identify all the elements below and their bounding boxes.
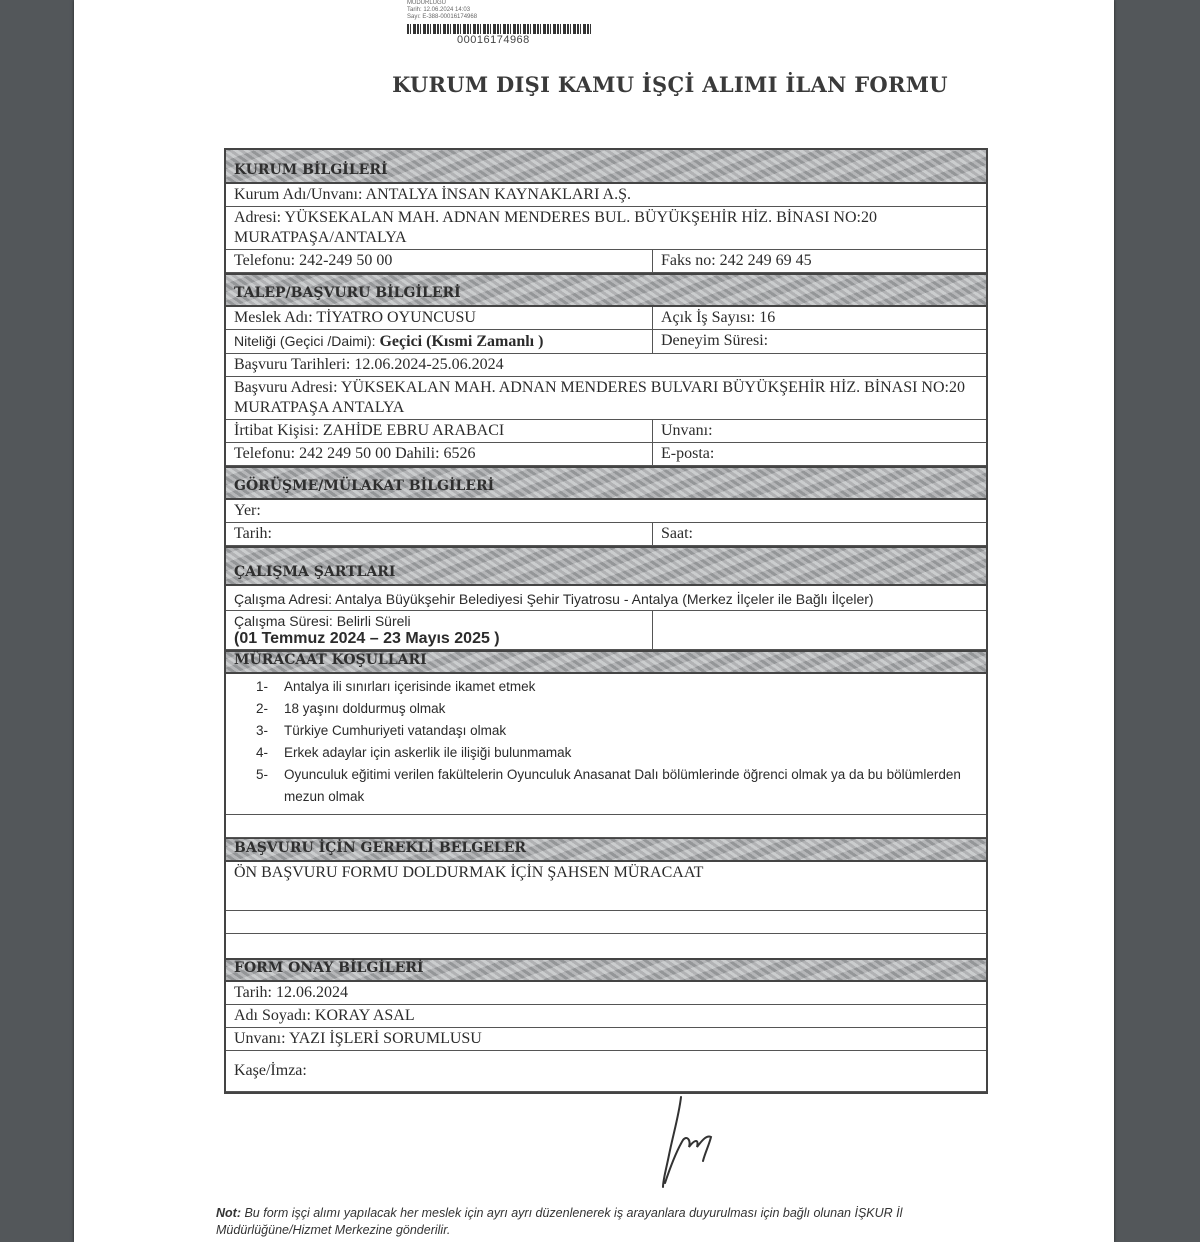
onay-unvani: Unvanı: YAZI İŞLERİ SORUMLUSU [226, 1028, 986, 1050]
calisma-suresi-label: Çalışma Süresi: Belirli Süreli [234, 612, 644, 630]
section-header-belgeler: BAŞVURU İÇİN GEREKLİ BELGELER [226, 838, 986, 862]
form-row: ÖN BAŞVURU FORMU DOLDURMAK İÇİN ŞAHSEN M… [226, 862, 986, 911]
onay-tarih: Tarih: 12.06.2024 [226, 982, 986, 1004]
acik-is-sayisi: Açık İş Sayısı: 16 [653, 307, 986, 329]
stamp-line: Tarih: 12.06.2024 14:03 [407, 7, 607, 14]
section-header-onay: FORM ONAY BİLGİLERİ [226, 958, 986, 982]
section-header-calisma: ÇALIŞMA ŞARTLARI [226, 546, 986, 586]
document-page: MÜDÜRLÜĞÜ Tarih: 12.06.2024 14:03 Sayı: … [74, 0, 1114, 1242]
section-header-gorusme: GÖRÜŞME/MÜLAKAT BİLGİLERİ [226, 466, 986, 500]
footnote-text: Bu form işçi alımı yapılacak her meslek … [216, 1206, 902, 1237]
kurum-telefon: Telefonu: 242-249 50 00 [226, 250, 653, 272]
condition-text: Oyunculuk eğitimi verilen fakültelerin O… [284, 764, 964, 808]
gorusme-saat: Saat: [653, 523, 986, 545]
meslek-label: Meslek Adı: [234, 309, 316, 326]
condition-item: 2-18 yaşını doldurmuş olmak [256, 698, 964, 720]
gerekli-belgeler: ÖN BAŞVURU FORMU DOLDURMAK İÇİN ŞAHSEN M… [226, 862, 986, 910]
form-row: Telefonu: 242 249 50 00 Dahili: 6526 E-p… [226, 443, 986, 466]
basvuru-tarihleri: Başvuru Tarihleri: 12.06.2024-25.06.2024 [226, 354, 986, 376]
condition-text: Erkek adaylar için askerlik ile ilişiği … [284, 742, 571, 764]
registry-stamp: MÜDÜRLÜĞÜ Tarih: 12.06.2024 14:03 Sayı: … [407, 0, 607, 47]
calisma-suresi-value: (01 Temmuz 2024 – 23 Mayıs 2025 ) [234, 630, 644, 648]
form-row: İrtibat Kişisi: ZAHİDE EBRU ARABACI Unva… [226, 420, 986, 443]
form-row: Adı Soyadı: KORAY ASAL [226, 1005, 986, 1028]
stamp-line: Sayı: E-388-00016174968 [407, 14, 607, 21]
meslek-adi: Meslek Adı: TİYATRO OYUNCUSU [226, 307, 653, 329]
footnote: Not: Bu form işçi alımı yapılacak her me… [216, 1205, 986, 1239]
onay-adi-soyadi: Adı Soyadı: KORAY ASAL [226, 1005, 986, 1027]
irtibat-unvani: Unvanı: [653, 420, 986, 442]
irtibat-kisisi: İrtibat Kişisi: ZAHİDE EBRU ARABACI [226, 420, 653, 442]
condition-item: 4-Erkek adaylar için askerlik ile ilişiğ… [256, 742, 964, 764]
form-row: Adresi: YÜKSEKALAN MAH. ADNAN MENDERES B… [226, 207, 986, 250]
form-row: Başvuru Tarihleri: 12.06.2024-25.06.2024 [226, 354, 986, 377]
gorusme-yer: Yer: [226, 500, 986, 522]
barcode [407, 24, 592, 34]
basvuru-adresi: Başvuru Adresi: YÜKSEKALAN MAH. ADNAN ME… [226, 377, 986, 419]
condition-number: 2- [256, 698, 284, 720]
calisma-adresi: Çalışma Adresi: Antalya Büyükşehir Beled… [226, 586, 986, 610]
kase-imza: Kaşe/İmza: [226, 1060, 986, 1082]
kurum-adresi: Adresi: YÜKSEKALAN MAH. ADNAN MENDERES B… [226, 207, 986, 249]
form-row: Çalışma Süresi: Belirli Süreli (01 Temmu… [226, 611, 986, 650]
gorusme-tarih: Tarih: [226, 523, 653, 545]
signature-icon [661, 1095, 731, 1190]
section-header-muracaat: MÜRACAAT KOŞULLARI [226, 650, 986, 674]
condition-text: Antalya ili sınırları içerisinde ikamet … [284, 676, 535, 698]
form-row: Yer: [226, 500, 986, 523]
deneyim-suresi: Deneyim Süresi: [653, 330, 986, 353]
empty-row [226, 815, 986, 838]
form-row: 1-Antalya ili sınırları içerisinde ikame… [226, 674, 986, 815]
talep-telefon: Telefonu: 242 249 50 00 Dahili: 6526 [226, 443, 653, 465]
condition-number: 3- [256, 720, 284, 742]
job-posting-form: KURUM BİLGİLERİ Kurum Adı/Unvanı: ANTALY… [224, 148, 988, 1094]
condition-number: 5- [256, 764, 284, 808]
form-row: Çalışma Adresi: Antalya Büyükşehir Beled… [226, 586, 986, 611]
form-row: Kurum Adı/Unvanı: ANTALYA İNSAN KAYNAKLA… [226, 184, 986, 207]
form-row: Tarih: Saat: [226, 523, 986, 546]
condition-item: 3-Türkiye Cumhuriyeti vatandaşı olmak [256, 720, 964, 742]
calisma-saatleri [653, 611, 986, 649]
niteligi-label: Niteliği (Geçici /Daimi): [234, 333, 379, 349]
muracaat-conditions-list: 1-Antalya ili sınırları içerisinde ikame… [226, 674, 964, 814]
empty-row [226, 934, 986, 958]
form-row: Unvanı: YAZI İŞLERİ SORUMLUSU [226, 1028, 986, 1051]
condition-text: Türkiye Cumhuriyeti vatandaşı olmak [284, 720, 506, 742]
niteligi-value: Geçici (Kısmi Zamanlı ) [379, 333, 543, 350]
condition-number: 1- [256, 676, 284, 698]
form-row: Telefonu: 242-249 50 00 Faks no: 242 249… [226, 250, 986, 273]
niteligi: Niteliği (Geçici /Daimi): Geçici (Kısmi … [226, 330, 653, 353]
kurum-faks: Faks no: 242 249 69 45 [653, 250, 986, 272]
form-row: Meslek Adı: TİYATRO OYUNCUSU Açık İş Say… [226, 307, 986, 330]
section-header-talep: TALEP/BAŞVURU BİLGİLERİ [226, 273, 986, 307]
meslek-value: TİYATRO OYUNCUSU [316, 309, 476, 326]
document-title: KURUM DIŞI KAMU İŞÇİ ALIMI İLAN FORMU [340, 72, 1000, 97]
condition-item: 1-Antalya ili sınırları içerisinde ikame… [256, 676, 964, 698]
kurum-adi: Kurum Adı/Unvanı: ANTALYA İNSAN KAYNAKLA… [226, 184, 986, 206]
form-row: Niteliği (Geçici /Daimi): Geçici (Kısmi … [226, 330, 986, 354]
form-row: Kaşe/İmza: [226, 1051, 986, 1092]
condition-text: 18 yaşını doldurmuş olmak [284, 698, 445, 720]
barcode-number: 00016174968 [457, 34, 607, 47]
section-header-kurum: KURUM BİLGİLERİ [226, 150, 986, 184]
condition-number: 4- [256, 742, 284, 764]
form-row: Başvuru Adresi: YÜKSEKALAN MAH. ADNAN ME… [226, 377, 986, 420]
empty-row [226, 911, 986, 934]
form-row: Tarih: 12.06.2024 [226, 982, 986, 1005]
footnote-label: Not: [216, 1206, 241, 1220]
talep-eposta: E-posta: [653, 443, 986, 465]
condition-item: 5-Oyunculuk eğitimi verilen fakültelerin… [256, 764, 964, 808]
stamp-line: MÜDÜRLÜĞÜ [407, 0, 607, 7]
calisma-suresi: Çalışma Süresi: Belirli Süreli (01 Temmu… [226, 611, 653, 649]
